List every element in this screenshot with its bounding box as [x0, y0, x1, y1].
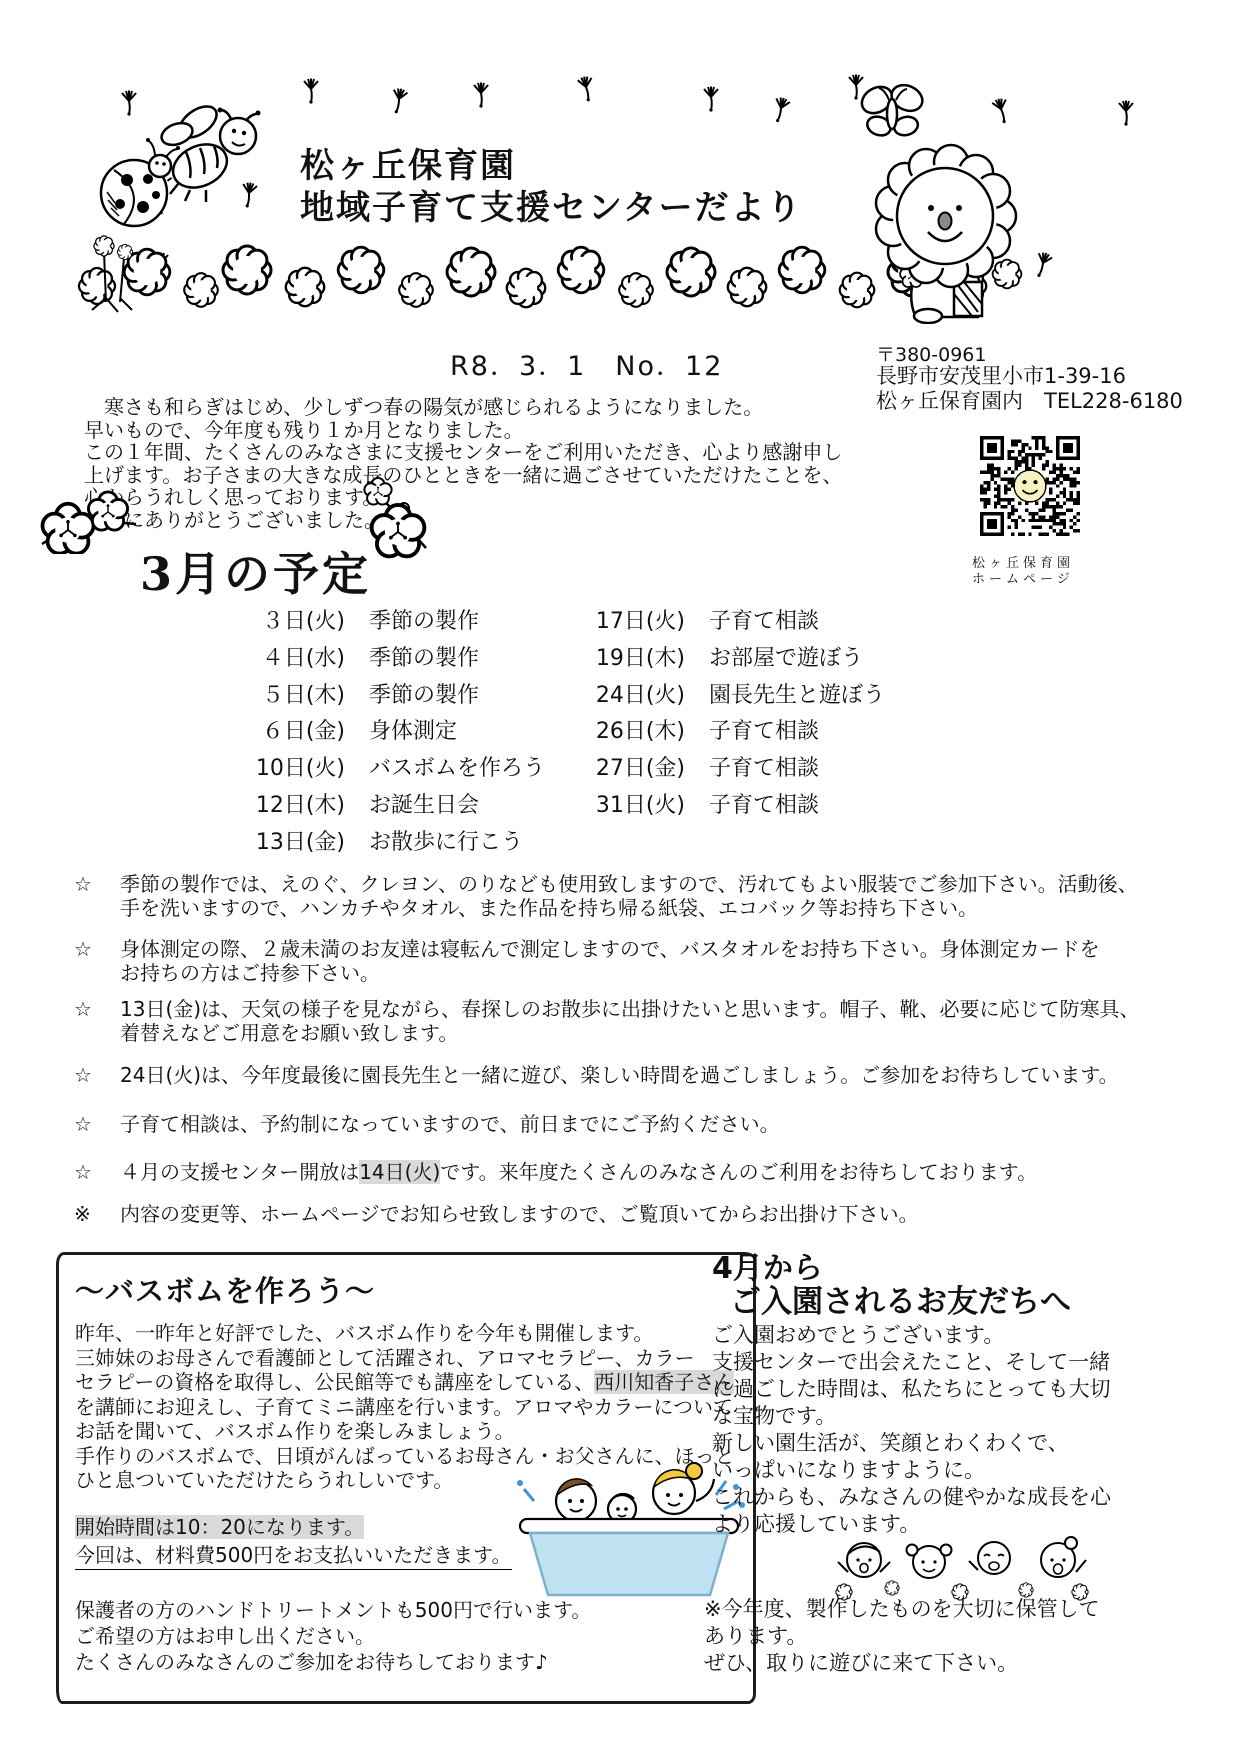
fee-line: 今回は、材料費500円をお支払いいただきます。: [75, 1539, 512, 1568]
plum-blossom-icon: [352, 474, 442, 562]
april-note-line: ※今年度、製作したものを大切に保管して: [704, 1596, 1100, 1623]
schedule-event: 園長先生と遊ぼう: [709, 683, 885, 708]
april-body-line: に過ごした時間は、私たちにとっても大切: [712, 1376, 1111, 1403]
note-item: ☆身体測定の際、２歳未満のお友達は寝転んで測定しますので、バスタオルをお持ち下さ…: [74, 937, 1100, 985]
note-item: ☆季節の製作では、えのぐ、クレヨン、のりなども使用致しますので、汚れてもよい服装…: [74, 872, 1138, 920]
dandelion-seed-icon: [700, 84, 724, 114]
schedule-event: 身体測定: [369, 719, 457, 744]
note-text: 子育て相談は、予約制になっていますので、前日までにご予約ください。: [120, 1112, 780, 1136]
schedule-row: 31日(火)子育て相談: [585, 788, 819, 819]
ladybug-icon: [86, 130, 186, 240]
star-bullet-icon: ☆: [74, 1112, 120, 1136]
schedule-row: ３日(火)季節の製作: [245, 604, 479, 635]
schedule-row: ６日(金)身体測定: [245, 714, 457, 745]
note-text: 着替えなどご用意をお願い致します。: [120, 1021, 1139, 1045]
note-text: 内容の変更等、ホームページでお知らせ致しますので、ご覧頂いてからお出掛け下さい。: [120, 1202, 919, 1226]
note-item: ☆４月の支援センター開放は14日(火)です。来年度たくさんのみなさんのご利用をお…: [74, 1160, 1037, 1184]
schedule-row: ５日(木)季節の製作: [245, 678, 479, 709]
address-line1: 長野市安茂里小市1-39-16: [876, 364, 1126, 389]
star-bullet-icon: ☆: [74, 1160, 120, 1184]
lion-icon: [858, 124, 1033, 324]
dandelion-seed-icon: [575, 74, 599, 104]
schedule-row: 13日(金)お散歩に行こう: [245, 825, 523, 856]
schedule-event: バスボムを作ろう: [369, 756, 545, 781]
note-item: ☆子育て相談は、予約制になっていますので、前日までにご予約ください。: [74, 1112, 780, 1136]
note-text: 24日(火)は、今年度最後に園長先生と一緒に遊び、楽しい時間を過ごしましょう。ご…: [120, 1063, 1119, 1087]
schedule-event: 子育て相談: [709, 719, 819, 744]
note-text: 手を洗いますので、ハンカチやタオル、また作品を持ち帰る紙袋、エコバック等お持ち下…: [120, 896, 1138, 920]
schedule-event: 子育て相談: [709, 793, 819, 818]
april-body: ご入園おめでとうございます。 支援センターで出会えたこと、そして一緒 に過ごした…: [712, 1322, 1111, 1538]
intro-paragraph: 寒さも和らぎはじめ、少しずつ春の陽気が感じられるようになりました。 早いもので、…: [84, 396, 842, 531]
april-note: ※今年度、製作したものを大切に保管して あります。 ぜひ、取りに遊びに来て下さい…: [704, 1596, 1100, 1677]
issue-number: R8．3．1 No．12: [450, 344, 723, 383]
dandelion-seed-icon: [1115, 98, 1139, 128]
intro-line: 早いもので、今年度も残り１か月となりました。: [84, 419, 842, 442]
start-time-line: 開始時間は10：20になります。: [75, 1511, 364, 1540]
intro-line: 上げます。お子さまの大きな成長のひとときを一緒に過ごさせていただけたことを、: [84, 464, 842, 487]
address-line2: 松ヶ丘保育園内 TEL228-6180: [876, 389, 1183, 414]
bathbomb-line: たくさんのみなさんのご参加をお待ちしております♪: [75, 1649, 591, 1675]
star-bullet-icon: ☆: [74, 1063, 120, 1087]
schedule-date: 24日(火): [585, 678, 685, 709]
schedule-event: お散歩に行こう: [369, 830, 523, 855]
postal-code: 〒380-0961: [876, 340, 986, 367]
bathbomb-title: ～バスボムを作ろう～: [75, 1269, 375, 1310]
schedule-date: ５日(木): [245, 678, 345, 709]
bathbomb-line: 昨年、一昨年と好評でした、バスボム作りを今年も開催します。: [75, 1321, 735, 1346]
april-body-line: 支援センターで出会えたこと、そして一緒: [712, 1349, 1111, 1376]
intro-line: 本当にありがとうございました。: [84, 509, 842, 532]
bathbomb-line-pre: セラピーの資格を取得し、公民館等でも講座をしている、: [75, 1370, 594, 1394]
note-text: ４月の支援センター開放は14日(火)です。来年度たくさんのみなさんのご利用をお待…: [120, 1160, 1037, 1184]
star-bullet-icon: ☆: [74, 937, 120, 961]
start-time-highlight: 開始時間は10：20になります。: [75, 1515, 364, 1539]
schedule-row: ４日(水)季節の製作: [245, 641, 479, 672]
schedule-event: お誕生日会: [369, 793, 479, 818]
schedule-date: 19日(木): [585, 641, 685, 672]
schedule-date: ３日(火): [245, 604, 345, 635]
bathbomb-paragraph2: 保護者の方のハンドトリートメントも500円で行います。 ご希望の方はお申し出くだ…: [75, 1597, 591, 1675]
bathbomb-line: ご希望の方はお申し出ください。: [75, 1623, 591, 1649]
dandelion-seed-icon: [300, 76, 324, 106]
april-note-line: あります。: [704, 1623, 1100, 1650]
note-text: お持ちの方はご持参下さい。: [120, 961, 1100, 985]
newsletter-title-line2: 地域子育て支援センターだより: [300, 180, 803, 229]
intro-line: 心からうれしく思っております。: [84, 486, 842, 509]
schedule-row: 26日(木)子育て相談: [585, 714, 819, 745]
april-body-line: な宝物です。: [712, 1403, 1111, 1430]
schedule-date: 26日(木): [585, 714, 685, 745]
qr-code-label: 松ヶ丘保育園 ホームページ: [972, 556, 1074, 588]
plum-blossom-icon: [38, 490, 143, 554]
note-item: ☆24日(火)は、今年度最後に園長先生と一緒に遊び、楽しい時間を過ごしましょう。…: [74, 1063, 1119, 1087]
highlighted-date: 14日(火): [359, 1160, 440, 1184]
schedule-row: 10日(火)バスボムを作ろう: [245, 751, 545, 782]
dandelion-seed-icon: [470, 80, 494, 110]
april-body-line: 新しい園生活が、笑顔とわくわくで、: [712, 1430, 1111, 1457]
schedule-date: 17日(火): [585, 604, 685, 635]
note-item: ☆13日(金)は、天気の様子を見ながら、春探しのお散歩に出掛けたいと思います。帽…: [74, 997, 1139, 1045]
april-body-line: ご入園おめでとうございます。: [712, 1322, 1111, 1349]
schedule-event: 子育て相談: [709, 609, 819, 634]
schedule-row: 17日(火)子育て相談: [585, 604, 819, 635]
qr-code: [980, 436, 1080, 536]
schedule-date: ６日(金): [245, 714, 345, 745]
note-text: 身体測定の際、２歳未満のお友達は寝転んで測定しますので、バスタオルをお持ち下さい…: [120, 937, 1100, 961]
bathbomb-line: を講師にお迎えし、子育てミニ講座を行います。アロマやカラーについて: [75, 1395, 735, 1420]
schedule-event: 子育て相談: [709, 756, 819, 781]
schedule-row: 27日(金)子育て相談: [585, 751, 819, 782]
schedule-date: 27日(金): [585, 751, 685, 782]
schedule-row: 19日(木)お部屋で遊ぼう: [585, 641, 863, 672]
dandelion-plant-icon: [82, 228, 142, 316]
schedule-event: 季節の製作: [369, 646, 479, 671]
april-note-line: ぜひ、取りに遊びに来て下さい。: [704, 1650, 1100, 1677]
schedule-date: 10日(火): [245, 751, 345, 782]
star-bullet-icon: ☆: [74, 872, 120, 896]
bathbomb-line: お話を聞いて、バスボム作りを楽しみましょう。: [75, 1419, 735, 1444]
april-body-line: これからも、みなさんの健やかな成長を心: [712, 1484, 1111, 1511]
fee-underlined: 今回は、材料費500円をお支払いいただきます。: [75, 1543, 512, 1570]
intro-line: この１年間、たくさんのみなさまに支援センターをご利用いただき、心より感謝申し: [84, 441, 842, 464]
april-body-line: いっぱいになりますように。: [712, 1457, 1111, 1484]
note-text: 季節の製作では、えのぐ、クレヨン、のりなども使用致しますので、汚れてもよい服装で…: [120, 872, 1138, 896]
schedule-event: 季節の製作: [369, 683, 479, 708]
star-bullet-icon: ☆: [74, 997, 120, 1021]
dandelion-seed-icon: [770, 95, 794, 125]
newsletter-page: 松ヶ丘保育園 地域子育て支援センターだより R8．3．1 No．12 〒380-…: [0, 0, 1241, 1754]
schedule-date: 31日(火): [585, 788, 685, 819]
march-schedule-heading: 3月の予定: [140, 538, 371, 604]
schedule-date: 13日(金): [245, 825, 345, 856]
dandelion-seed-icon: [990, 96, 1014, 126]
note-text-pre: ４月の支援センター開放は: [120, 1160, 359, 1184]
schedule-row: 24日(火)園長先生と遊ぼう: [585, 678, 885, 709]
april-heading-line2: ご入園されるお友だちへ: [730, 1276, 1071, 1321]
dandelion-seed-icon: [1032, 250, 1056, 280]
bathbomb-line: 三姉妹のお母さんで看護師として活躍され、アロマセラピー、カラー: [75, 1346, 735, 1371]
reference-mark-icon: ※: [74, 1202, 120, 1226]
intro-line: 寒さも和らぎはじめ、少しずつ春の陽気が感じられるようになりました。: [84, 396, 842, 419]
schedule-event: お部屋で遊ぼう: [709, 646, 863, 671]
qr-label-line1: 松ヶ丘保育園: [972, 556, 1074, 572]
note-text: 13日(金)は、天気の様子を見ながら、春探しのお散歩に出掛けたいと思います。帽子…: [120, 997, 1139, 1021]
schedule-event: 季節の製作: [369, 609, 479, 634]
schedule-row: 12日(木)お誕生日会: [245, 788, 479, 819]
qr-label-line2: ホームページ: [972, 572, 1074, 588]
dandelion-seed-icon: [388, 86, 412, 116]
note-text-post: です。来年度たくさんのみなさんのご利用をお待ちしております。: [440, 1160, 1037, 1184]
schedule-date: 12日(木): [245, 788, 345, 819]
note-item: ※内容の変更等、ホームページでお知らせ致しますので、ご覧頂いてからお出掛け下さい…: [74, 1202, 919, 1226]
schedule-date: ４日(水): [245, 641, 345, 672]
bathbomb-line: セラピーの資格を取得し、公民館等でも講座をしている、西川知香子さん: [75, 1370, 735, 1395]
bathbomb-section-box: ～バスボムを作ろう～ 昨年、一昨年と好評でした、バスボム作りを今年も開催します。…: [56, 1252, 756, 1704]
dandelion-seed-icon: [118, 88, 142, 118]
